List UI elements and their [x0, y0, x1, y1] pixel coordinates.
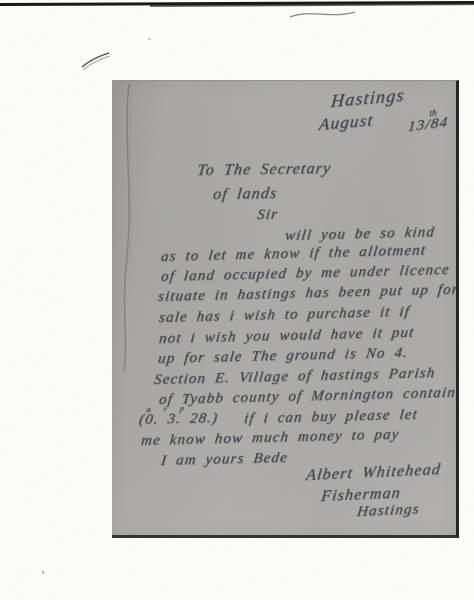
scan-artifact-squiggle — [288, 7, 358, 21]
dateline-month: August — [318, 110, 374, 135]
handwriting-line: as to let me know if the allotment — [160, 243, 427, 266]
recipient-line: To The Secretary — [196, 160, 332, 180]
dateline-place: Hastings — [330, 85, 406, 112]
scan-speck — [42, 571, 44, 574]
handwriting-line: me know how much money to pay — [140, 427, 400, 450]
handwriting-line: not i wish you would have it put — [158, 325, 415, 348]
scan-edge-line-secondary — [150, 3, 474, 7]
closing-line: I am yours Bede — [160, 450, 289, 470]
handwriting-line: of Tyabb county of Mornington contain — [158, 385, 457, 409]
signature-place: Hastings — [356, 501, 420, 521]
handwriting-line: sale has i wish to purchase it if — [158, 304, 411, 327]
letter-scan-area: Hastings August th 13/84 To The Secretar… — [112, 80, 459, 538]
dateline-day-year: 13/84 — [407, 114, 449, 136]
handwriting-line: if i can buy please let — [243, 407, 419, 428]
pen-scratch-mark — [80, 50, 112, 72]
measurement-value: (0. 3. 28.) — [138, 410, 219, 429]
signature-name: Albert Whitehead — [305, 461, 442, 485]
scanned-page: Hastings August th 13/84 To The Secretar… — [0, 0, 474, 600]
scan-speck — [148, 38, 151, 40]
handwriting-line: up for sale The ground is No 4. — [157, 345, 409, 368]
salutation: Sir — [256, 207, 279, 224]
recipient-line: of lands — [212, 185, 278, 204]
handwriting-line: situate in hastings has been put up for — [157, 282, 459, 306]
